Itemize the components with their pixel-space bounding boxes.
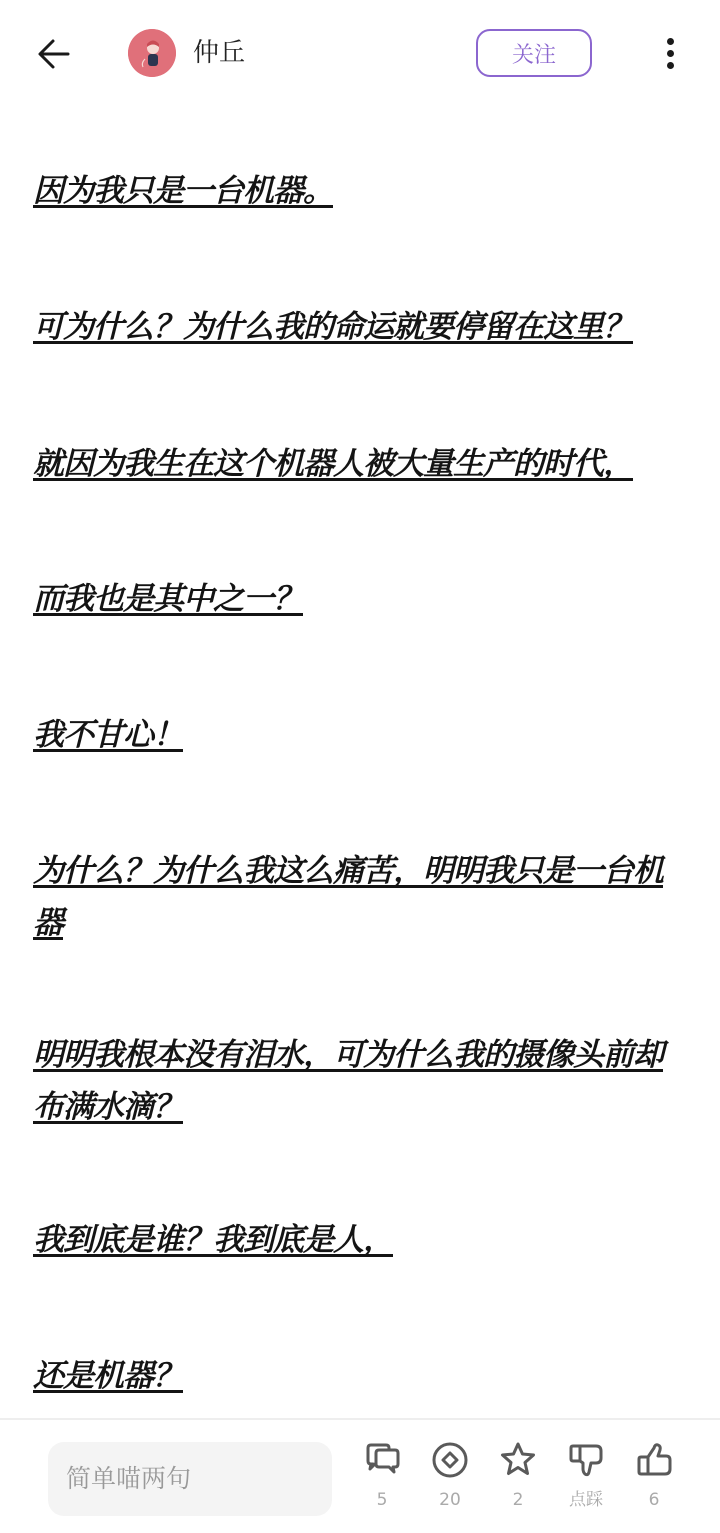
comment-count: 5 — [377, 1490, 388, 1510]
top-bar: 仲丘 关注 — [0, 0, 720, 106]
follow-button[interactable]: 关注 — [476, 29, 592, 77]
comment-button[interactable]: 5 — [352, 1440, 412, 1520]
coin-count: 20 — [439, 1490, 461, 1510]
avatar-illustration-icon — [128, 29, 176, 77]
paragraph: 而我也是其中之一？ — [33, 573, 683, 625]
back-button[interactable] — [34, 34, 74, 74]
bottom-action-bar: 简单喵两句 5 20 2 点踩 6 — [0, 1418, 720, 1533]
more-vertical-icon — [667, 50, 674, 57]
star-icon — [498, 1440, 538, 1480]
more-options-button[interactable] — [650, 33, 690, 73]
like-count: 6 — [649, 1490, 660, 1510]
comment-input[interactable]: 简单喵两句 — [48, 1442, 332, 1516]
thumbs-up-icon — [634, 1440, 674, 1480]
paragraph: 明明我根本没有泪水，可为什么我的摄像头前却布满水滴？ — [33, 1029, 683, 1133]
paragraph: 因为我只是一台机器。 — [33, 165, 683, 217]
dislike-label: 点踩 — [569, 1490, 603, 1510]
arrow-left-icon — [37, 37, 71, 71]
dislike-button[interactable]: 点踩 — [556, 1440, 616, 1520]
like-button[interactable]: 6 — [624, 1440, 684, 1520]
more-vertical-icon — [667, 62, 674, 69]
paragraph: 我不甘心！ — [33, 709, 683, 761]
coin-button[interactable]: 20 — [420, 1440, 480, 1520]
favorite-count: 2 — [513, 1490, 524, 1510]
author-name[interactable]: 仲丘 — [193, 33, 245, 73]
thumbs-down-icon — [566, 1440, 606, 1480]
paragraph: 可为什么？为什么我的命运就要停留在这里？ — [33, 301, 683, 353]
paragraph: 还是机器？ — [33, 1350, 683, 1402]
paragraph: 我到底是谁？我到底是人， — [33, 1214, 683, 1266]
more-vertical-icon — [667, 38, 674, 45]
favorite-button[interactable]: 2 — [488, 1440, 548, 1520]
coin-icon — [430, 1440, 470, 1480]
paragraph: 就因为我生在这个机器人被大量生产的时代， — [33, 438, 683, 490]
paragraph: 为什么？为什么我这么痛苦，明明我只是一台机器 — [33, 845, 683, 949]
comment-icon — [362, 1440, 402, 1480]
avatar[interactable] — [128, 29, 176, 77]
